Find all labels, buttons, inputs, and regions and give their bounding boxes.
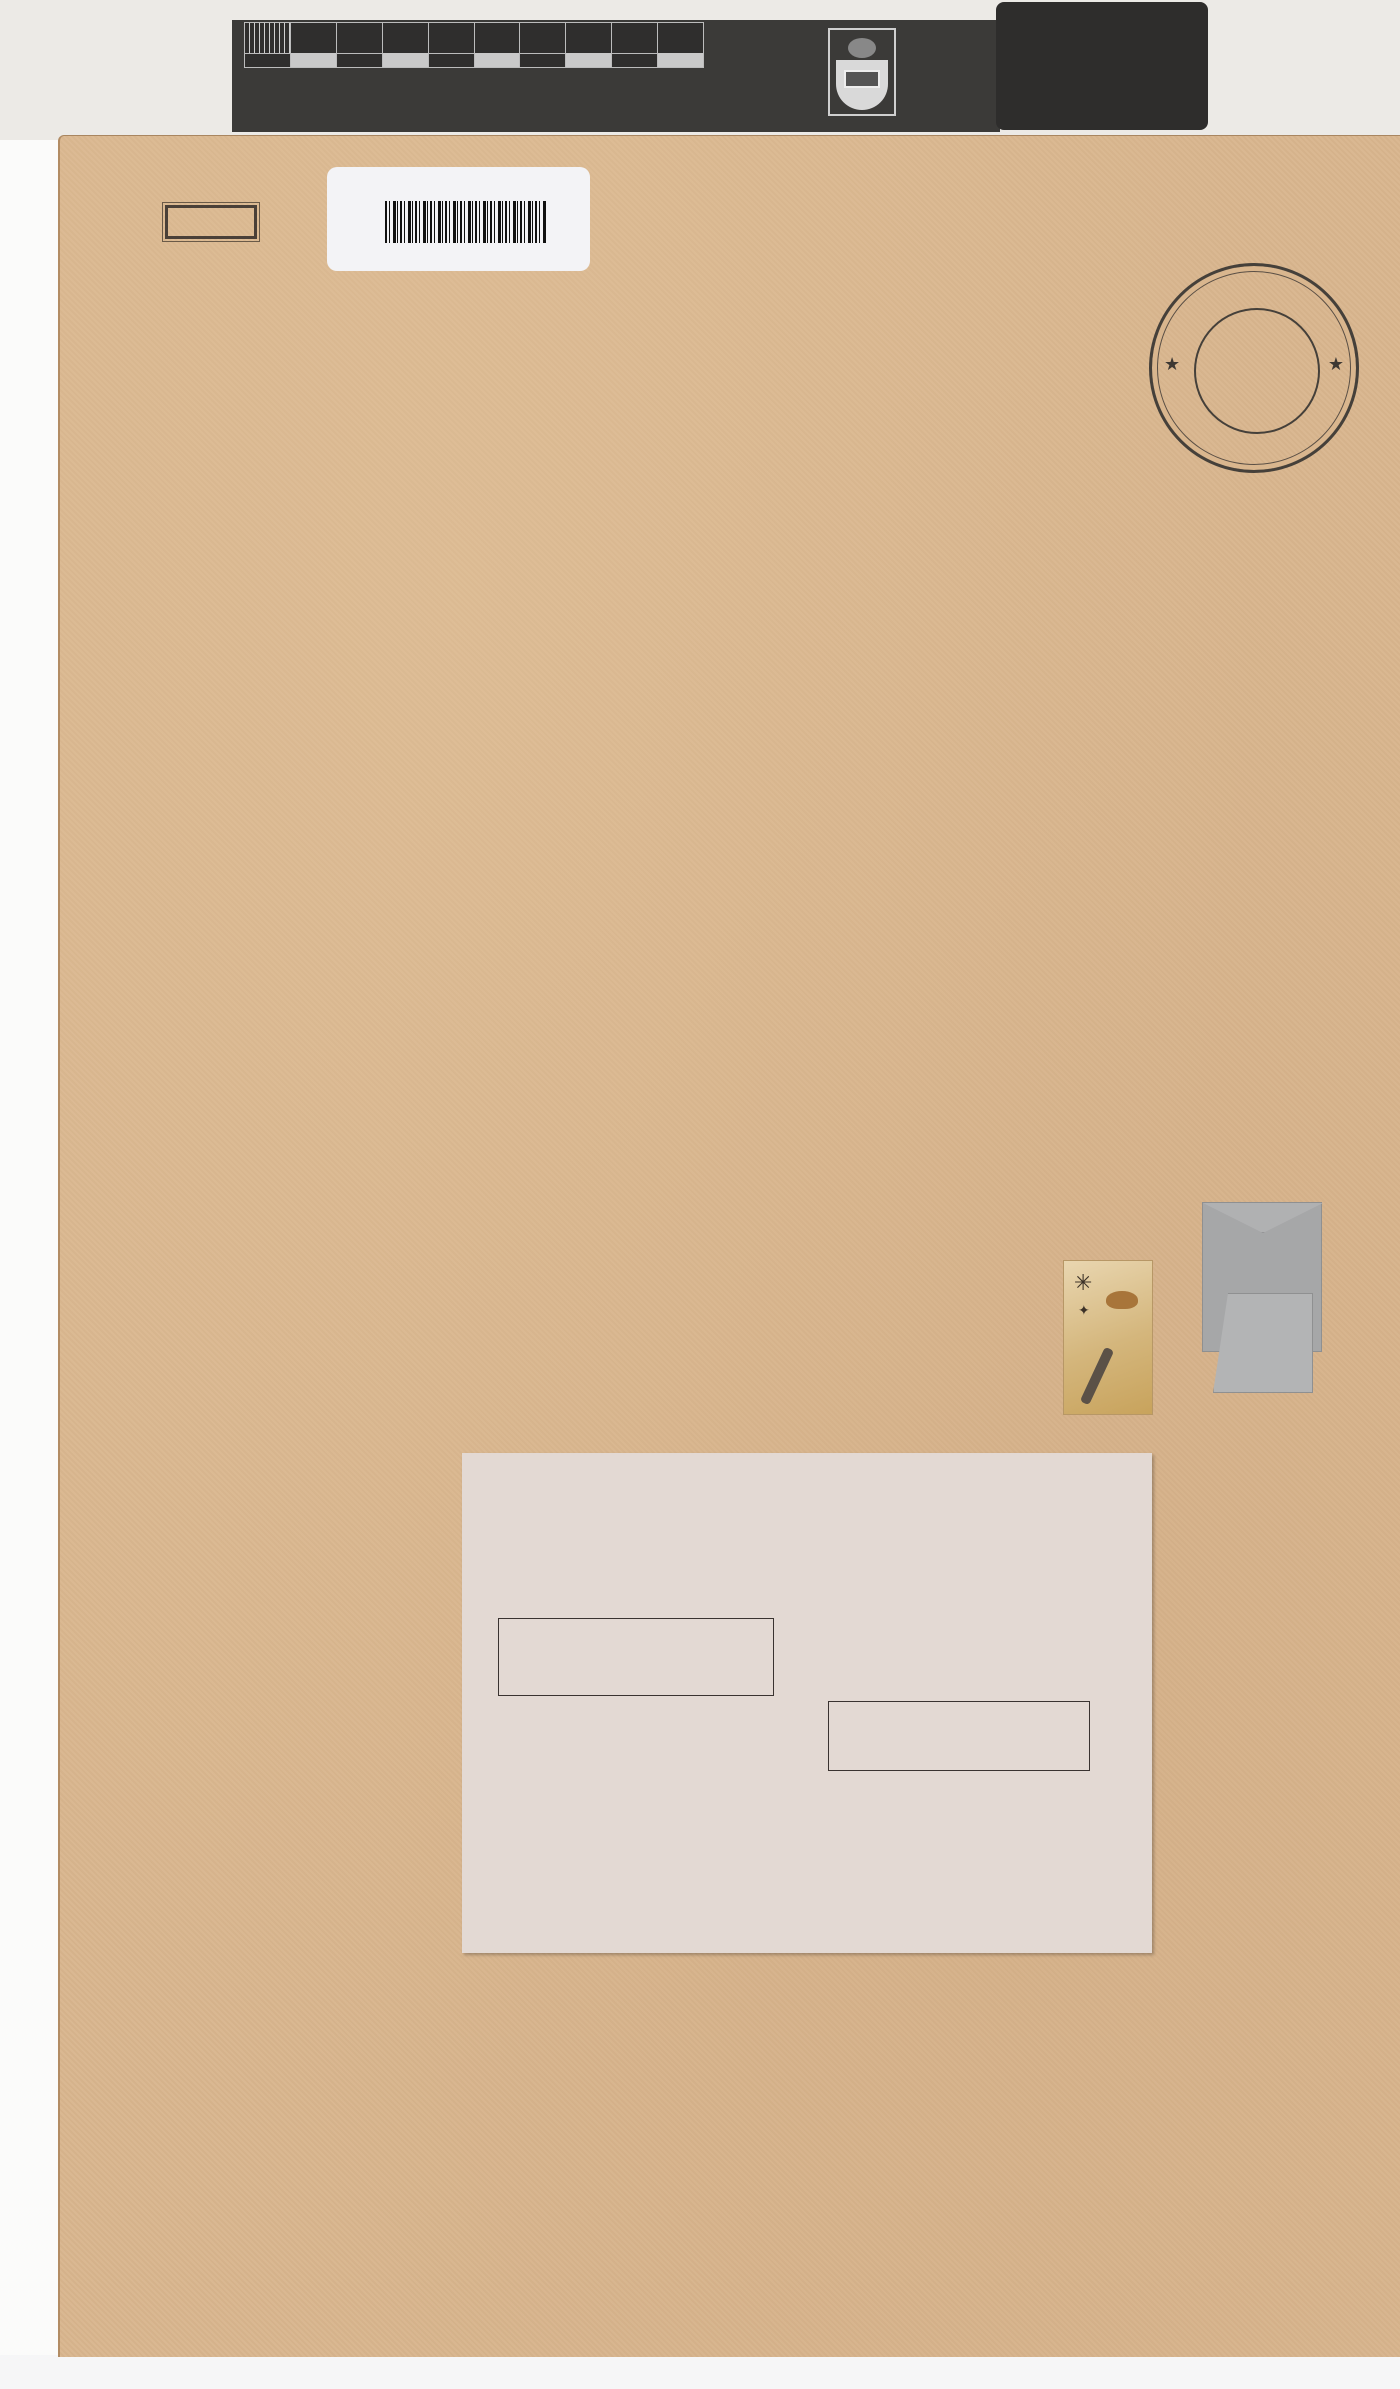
star-icon: ★ [1164,354,1180,375]
barcode-icon [385,201,547,243]
sepal-fragment-icon: ✦ [1078,1303,1090,1319]
book-icon [844,70,880,88]
star-icon: ★ [1328,354,1344,375]
flower-fragment [1106,1291,1138,1309]
ruler-bar [244,22,704,68]
herbarium-sheet [58,135,1400,2357]
packet-fold [1213,1293,1313,1393]
flower-sketch-icon: ✳ [1074,1271,1092,1296]
specimen-capsule-card: ✳ ✦ [1063,1260,1153,1415]
barcode-label [327,167,590,271]
packet-flap [1203,1203,1323,1233]
scale-ruler [232,20,802,132]
historical-determination-label [462,1453,1152,1953]
ruler-tick-labels [236,72,716,96]
herbarium-bolusianum-stamp: ★ ★ [1149,263,1359,473]
leafy-sprig-fragment [1080,1347,1114,1406]
fragment-packet-grey[interactable] [1202,1202,1322,1352]
ticket-box-expansa [498,1618,774,1696]
imaged-stamp [165,205,257,239]
color-calibration-chart [996,2,1208,130]
stamp-inner-ring [1194,308,1320,434]
university-crest-logo [828,28,896,116]
ticket-box-rosacea [828,1701,1090,1771]
crest-icon [848,38,876,58]
scanner-background-left [0,140,58,2389]
scanner-background-bottom [0,2355,1400,2389]
